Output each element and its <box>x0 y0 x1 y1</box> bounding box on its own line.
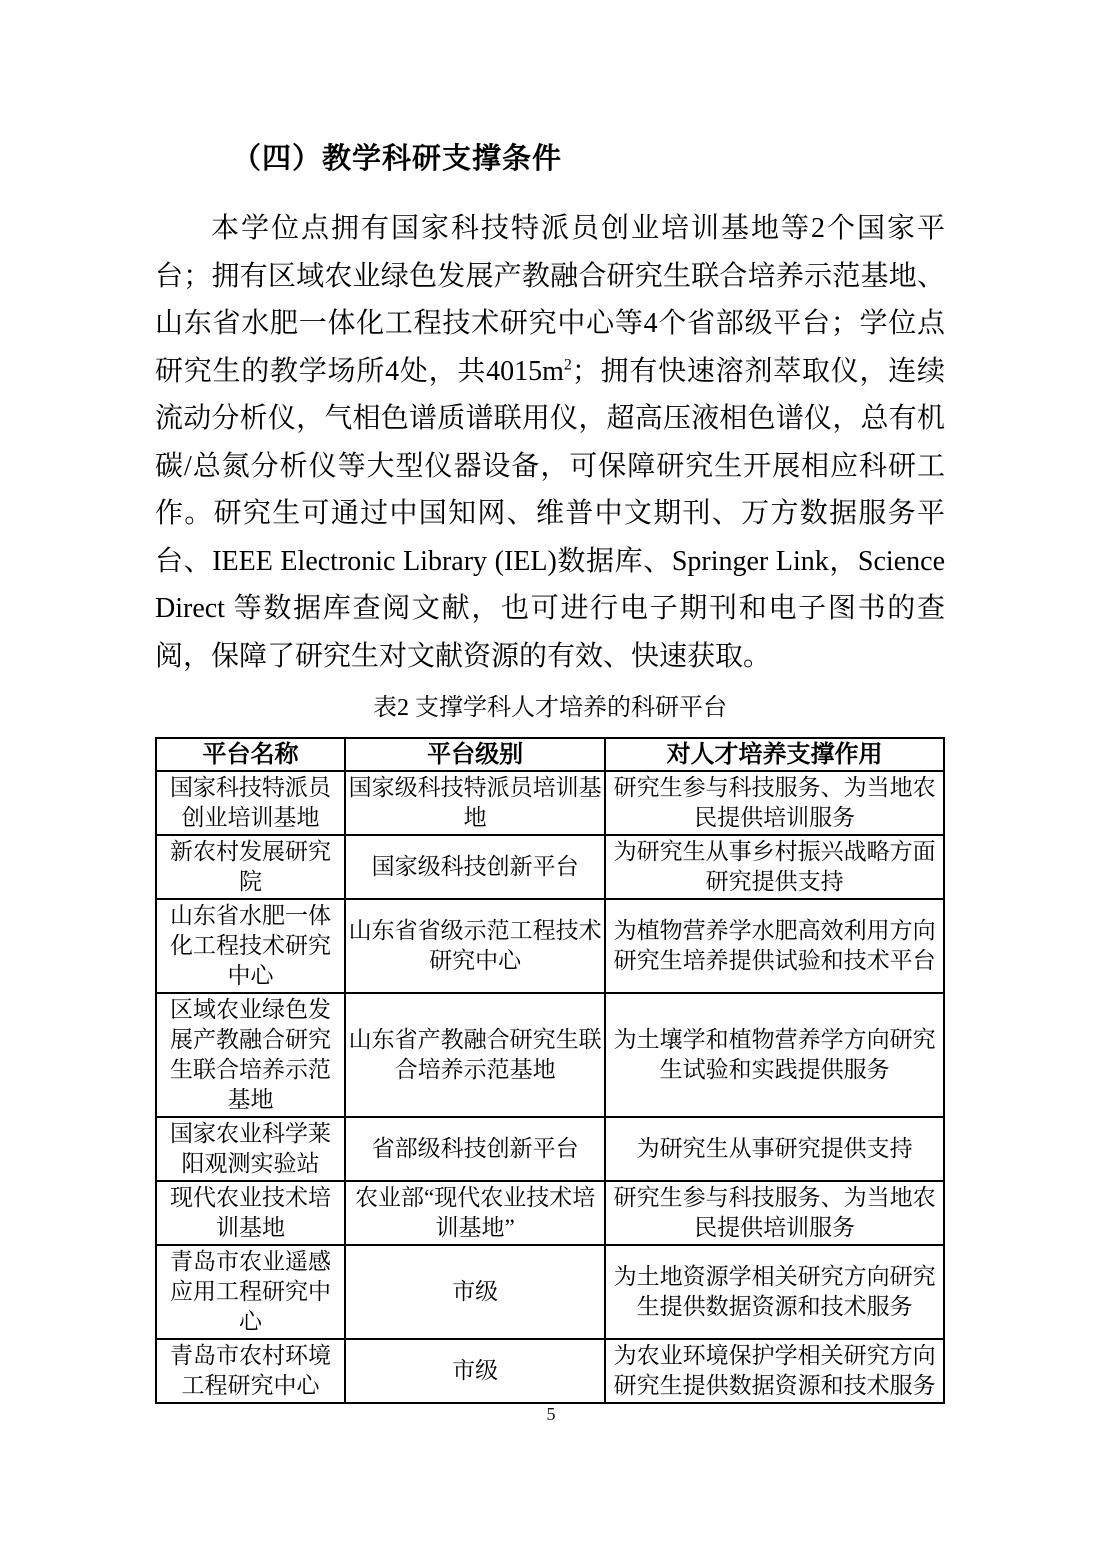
cell-platform-level: 山东省省级示范工程技术研究中心 <box>345 899 605 993</box>
cell-support-role: 为土壤学和植物营养学方向研究生试验和实践提供服务 <box>605 993 944 1117</box>
table-header-row: 平台名称 平台级别 对人才培养支撑作用 <box>156 738 944 771</box>
table-caption: 表2 支撑学科人才培养的科研平台 <box>155 693 945 723</box>
research-platform-table: 平台名称 平台级别 对人才培养支撑作用 国家科技特派员创业培训基地 国家级科技特… <box>155 737 945 1404</box>
cell-platform-name: 山东省水肥一体化工程技术研究中心 <box>156 899 345 993</box>
table-row: 国家科技特派员创业培训基地 国家级科技特派员培训基地 研究生参与科技服务、为当地… <box>156 771 944 835</box>
cell-platform-name: 青岛市农业遥感应用工程研究中心 <box>156 1245 345 1339</box>
section-heading: （四）教学科研支撑条件 <box>232 0 945 177</box>
table-row: 青岛市农村环境工程研究中心 市级 为农业环境保护学相关研究方向研究生提供数据资源… <box>156 1339 944 1403</box>
cell-platform-name: 青岛市农村环境工程研究中心 <box>156 1339 345 1403</box>
body-paragraph: 本学位点拥有国家科技特派员创业培训基地等2个国家平台；拥有区域农业绿色发展产教融… <box>155 205 945 680</box>
cell-support-role: 为研究生从事乡村振兴战略方面研究提供支持 <box>605 835 944 899</box>
table-row: 现代农业技术培训基地 农业部“现代农业技术培训基地” 研究生参与科技服务、为当地… <box>156 1181 944 1245</box>
cell-support-role: 为植物营养学水肥高效利用方向研究生培养提供试验和技术平台 <box>605 899 944 993</box>
column-header-platform-level: 平台级别 <box>345 738 605 771</box>
cell-platform-level: 省部级科技创新平台 <box>345 1117 605 1181</box>
page-number: 5 <box>0 1404 1102 1425</box>
paragraph-text-after-superscript: ；拥有快速溶剂萃取仪，连续流动分析仪，气相色谱质谱联用仪，超高压液相色谱仪，总有… <box>155 356 945 672</box>
table-row: 山东省水肥一体化工程技术研究中心 山东省省级示范工程技术研究中心 为植物营养学水… <box>156 899 944 993</box>
cell-platform-name: 国家农业科学莱阳观测实验站 <box>156 1117 345 1181</box>
cell-support-role: 为土地资源学相关研究方向研究生提供数据资源和技术服务 <box>605 1245 944 1339</box>
cell-platform-level: 国家级科技创新平台 <box>345 835 605 899</box>
cell-support-role: 为研究生从事研究提供支持 <box>605 1117 944 1181</box>
cell-platform-level: 市级 <box>345 1339 605 1403</box>
square-meter-superscript: 2 <box>564 356 572 373</box>
cell-platform-name: 现代农业技术培训基地 <box>156 1181 345 1245</box>
cell-platform-level: 市级 <box>345 1245 605 1339</box>
cell-platform-level: 山东省产教融合研究生联合培养示范基地 <box>345 993 605 1117</box>
table-row: 青岛市农业遥感应用工程研究中心 市级 为土地资源学相关研究方向研究生提供数据资源… <box>156 1245 944 1339</box>
table-row: 国家农业科学莱阳观测实验站 省部级科技创新平台 为研究生从事研究提供支持 <box>156 1117 944 1181</box>
cell-support-role: 研究生参与科技服务、为当地农民提供培训服务 <box>605 1181 944 1245</box>
cell-platform-level: 国家级科技特派员培训基地 <box>345 771 605 835</box>
cell-platform-name: 国家科技特派员创业培训基地 <box>156 771 345 835</box>
cell-platform-name: 新农村发展研究院 <box>156 835 345 899</box>
column-header-support-role: 对人才培养支撑作用 <box>605 738 944 771</box>
cell-support-role: 研究生参与科技服务、为当地农民提供培训服务 <box>605 771 944 835</box>
cell-support-role: 为农业环境保护学相关研究方向研究生提供数据资源和技术服务 <box>605 1339 944 1403</box>
column-header-platform-name: 平台名称 <box>156 738 345 771</box>
cell-platform-level: 农业部“现代农业技术培训基地” <box>345 1181 605 1245</box>
table-row: 区域农业绿色发展产教融合研究生联合培养示范基地 山东省产教融合研究生联合培养示范… <box>156 993 944 1117</box>
document-page: （四）教学科研支撑条件 本学位点拥有国家科技特派员创业培训基地等2个国家平台；拥… <box>155 0 945 1559</box>
cell-platform-name: 区域农业绿色发展产教融合研究生联合培养示范基地 <box>156 993 345 1117</box>
table-row: 新农村发展研究院 国家级科技创新平台 为研究生从事乡村振兴战略方面研究提供支持 <box>156 835 944 899</box>
